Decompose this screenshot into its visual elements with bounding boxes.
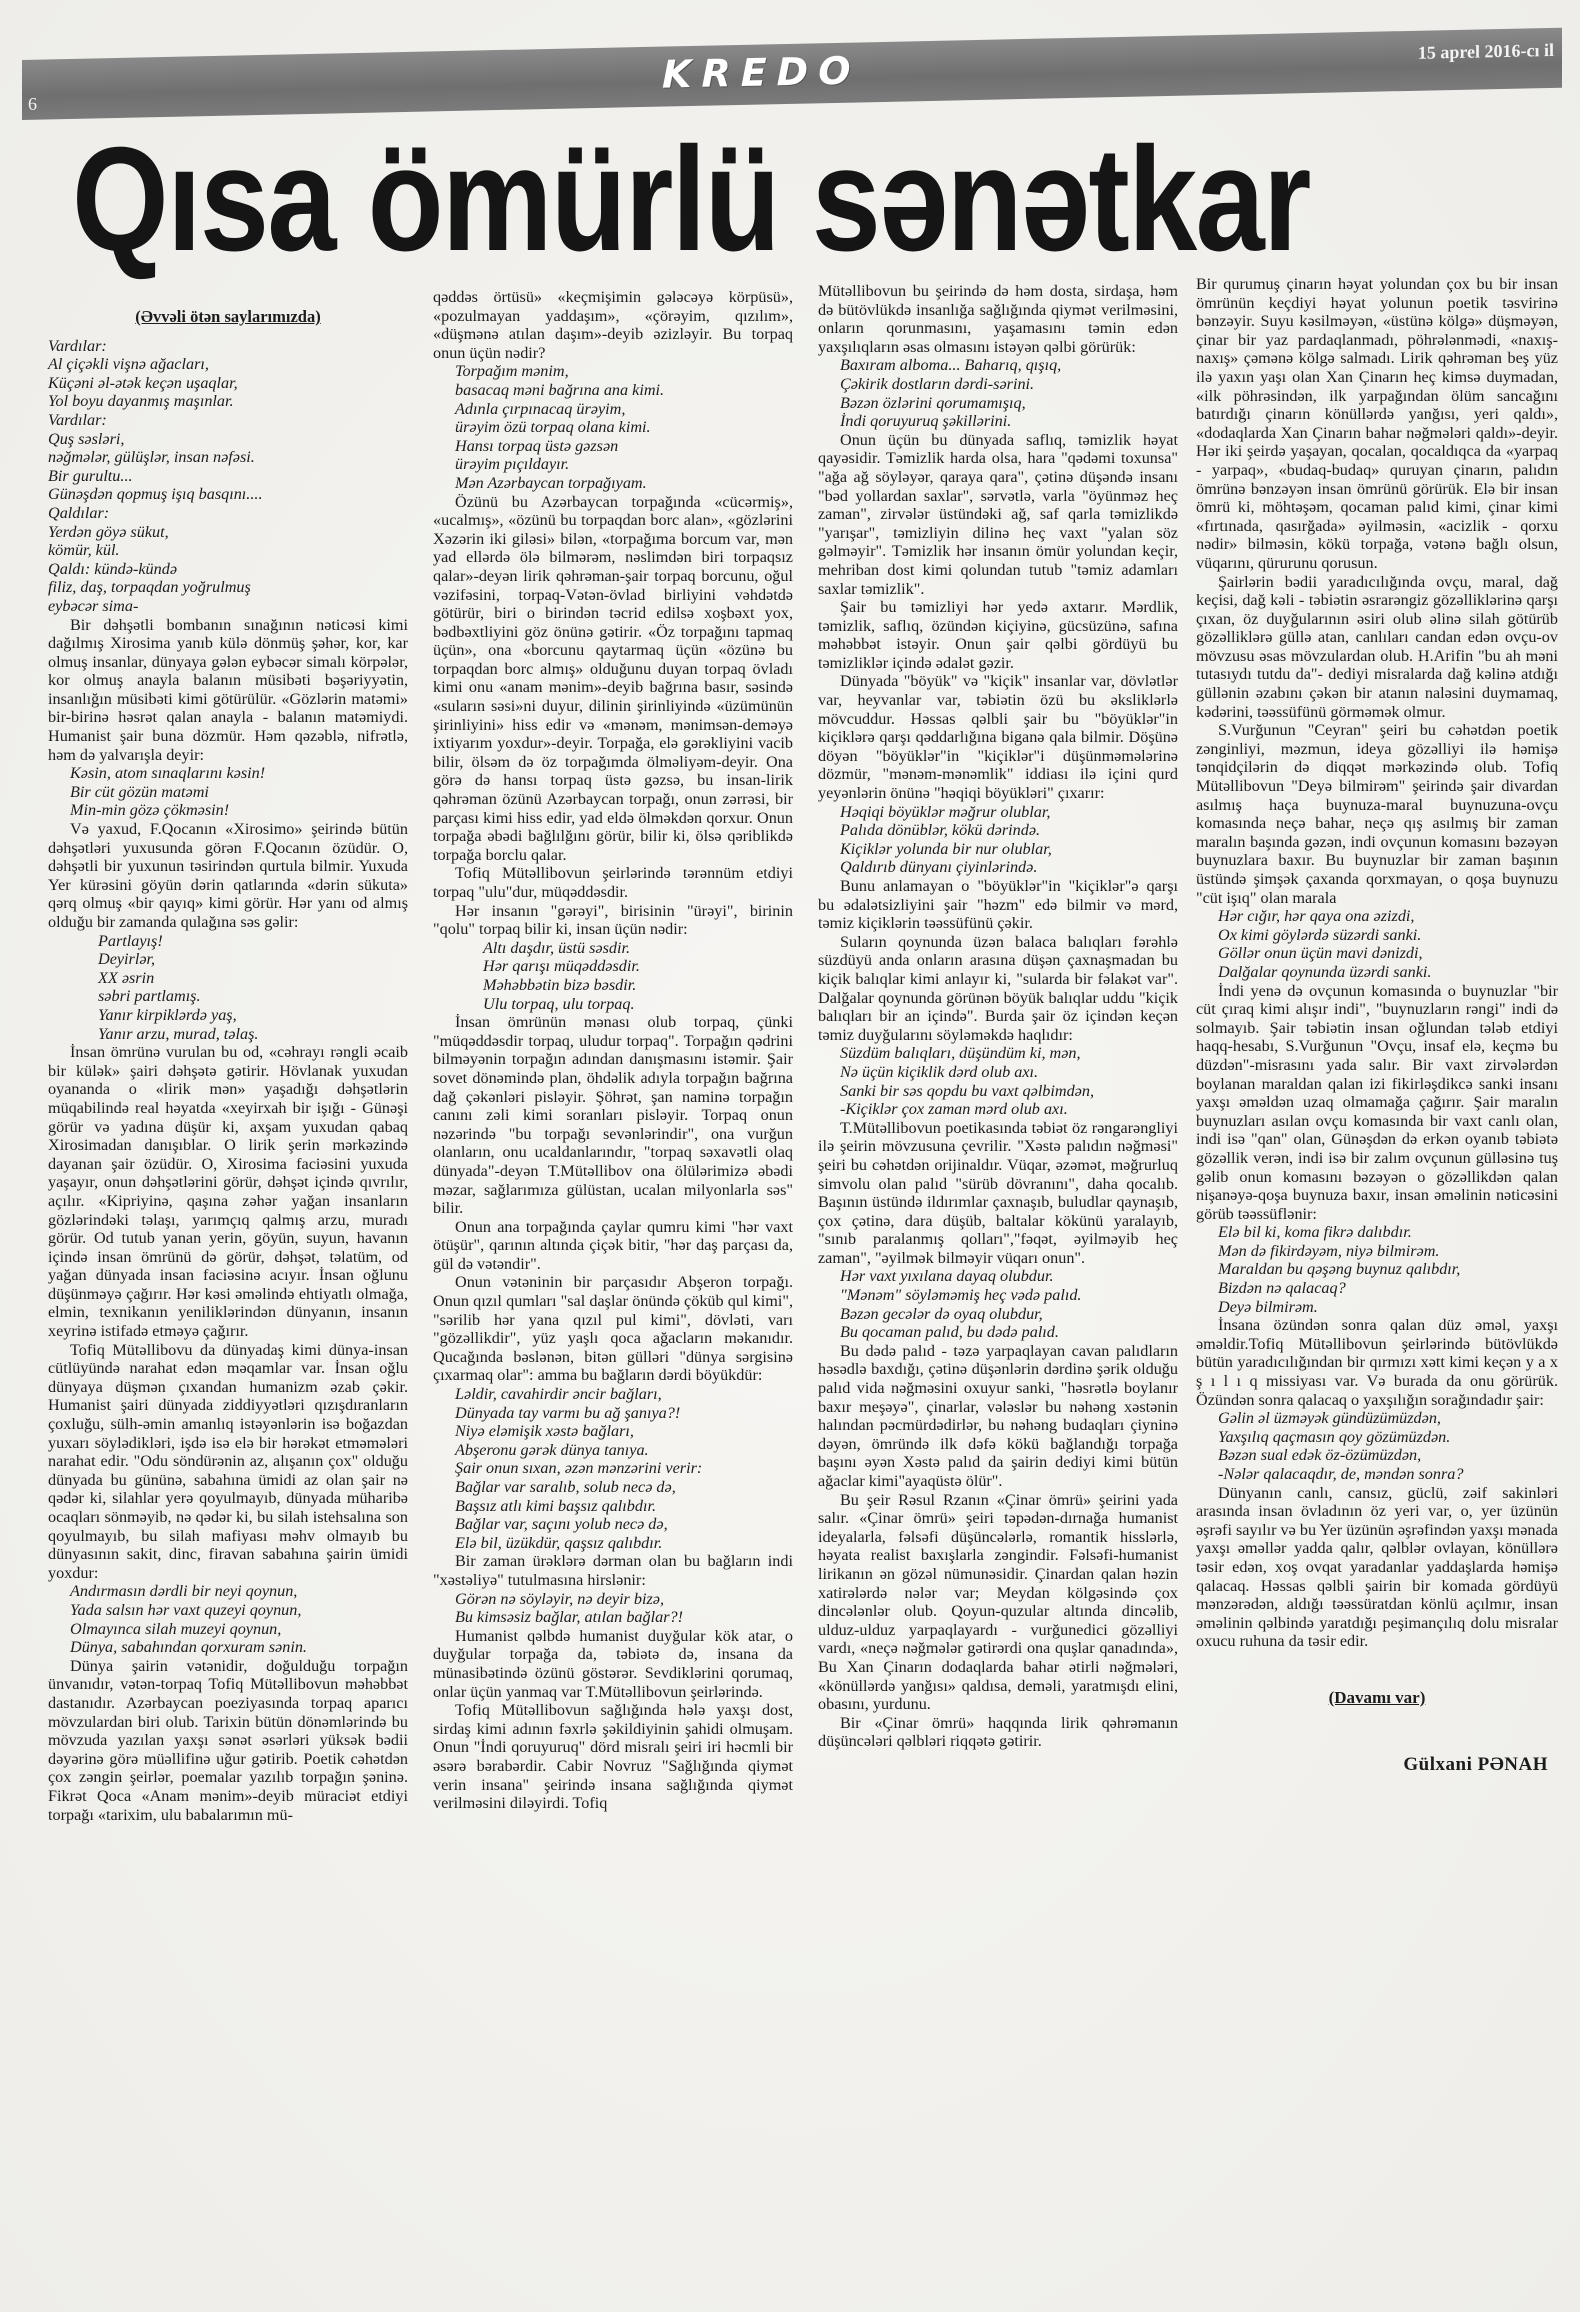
poem-line: Hər cığır, hər qaya ona əzizdi, bbox=[1196, 907, 1558, 926]
article-column-2: qəddəs örtüsü» «keçmişimin gələcəyə körp… bbox=[433, 288, 793, 1813]
poem-excerpt: Torpağım mənim,basacaq məni bağrına ana … bbox=[433, 362, 793, 492]
article-paragraph: T.Mütəllibovun poetikasında təbiət öz rə… bbox=[818, 1119, 1178, 1268]
poem-line: Məhəbbətin bizə bəsdir. bbox=[433, 976, 793, 995]
poem-line: Torpağım mənim, bbox=[433, 362, 793, 381]
article-paragraph: Bu şeir Rəsul Rzanın «Çinar ömrü» şeirin… bbox=[818, 1491, 1178, 1714]
poem-line: Nə üçün kiçiklik dərd olub axı. bbox=[818, 1063, 1178, 1082]
poem-line: Ləldir, cavahirdir əncir bağları, bbox=[433, 1385, 793, 1404]
poem-line: ürəyim özü torpaq olana kimi. bbox=[433, 418, 793, 437]
poem-excerpt: Elə bil ki, koma fikrə dalıbdır.Mən də f… bbox=[1196, 1223, 1558, 1316]
poem-excerpt: Gəlin əl üzməyək gündüzümüzdən,Yaxşılıq … bbox=[1196, 1409, 1558, 1483]
poem-line: Hər vaxt yıxılana dayaq olubdur. bbox=[818, 1267, 1178, 1286]
article-paragraph: Bir qurumuş çinarın həyat yolundan çox b… bbox=[1196, 275, 1558, 573]
poem-line: Kiçiklər yolunda bir nur olublar, bbox=[818, 840, 1178, 859]
poem-line: Al çiçəkli vişnə ağacları, bbox=[48, 355, 408, 374]
poem-line: Dünyada tay varmı bu ağ şanıya?! bbox=[433, 1404, 793, 1423]
poem-line: Elə bil ki, koma fikrə dalıbdır. bbox=[1196, 1223, 1558, 1242]
poem-line: Altı daşdır, üstü səsdir. bbox=[433, 939, 793, 958]
poem-line: Partlayış! bbox=[48, 932, 408, 951]
poem-line: Dünya, sabahından qorxuram sənin. bbox=[48, 1638, 408, 1657]
poem-line: Baxıram alboma... Baharıq, qışıq, bbox=[818, 356, 1178, 375]
article-paragraph: Özünü bu Azərbaycan torpağında «cücərmiş… bbox=[433, 493, 793, 865]
poem-line: basacaq məni bağrına ana kimi. bbox=[433, 381, 793, 400]
poem-excerpt: Andırmasın dərdli bir neyi qoynun,Yada s… bbox=[48, 1582, 408, 1656]
poem-excerpt: Görən nə söyləyir, nə deyir bizə,Bu kims… bbox=[433, 1590, 793, 1627]
article-column-3: Mütəllibovun bu şeirində də həm dosta, s… bbox=[818, 282, 1178, 1751]
article-paragraph: Və yaxud, F.Qocanın «Xirosimo» şeirində … bbox=[48, 820, 408, 932]
poem-line: Ulu torpaq, ulu torpaq. bbox=[433, 995, 793, 1014]
poem-line: Deyə bilmirəm. bbox=[1196, 1298, 1558, 1317]
article-paragraph: Bir zaman ürəklərə dərman olan bu bağlar… bbox=[433, 1552, 793, 1589]
poem-line: Qaldılar: bbox=[48, 504, 408, 523]
article-paragraph: Bu dədə palıd - təzə yarpaqlayan cavan p… bbox=[818, 1342, 1178, 1491]
issue-date: 15 aprel 2016-cı il bbox=[1418, 40, 1554, 64]
poem-line: XX əsrin bbox=[48, 969, 408, 988]
poem-excerpt: Vardılar:Al çiçəkli vişnə ağacları,Küçən… bbox=[48, 337, 408, 616]
poem-line: Adınla çırpınacaq ürəyim, bbox=[433, 400, 793, 419]
poem-line: filiz, daş, torpaqdan yoğrulmuş bbox=[48, 578, 408, 597]
article-paragraph: İnsan ömrünə vurulan bu od, «cəhrayı rən… bbox=[48, 1043, 408, 1341]
poem-line: Min-min gözə çökməsin! bbox=[48, 801, 408, 820]
newspaper-page: 6 KREDO 15 aprel 2016-cı il Qısa ömürlü … bbox=[0, 0, 1580, 2312]
continued-from-note: (Əvvəli ötən saylarımızda) bbox=[48, 308, 408, 327]
poem-excerpt: Süzdüm balıqları, düşündüm ki, mən,Nə üç… bbox=[818, 1044, 1178, 1118]
poem-line: Abşeronu gərək dünya tanıya. bbox=[433, 1441, 793, 1460]
poem-line: Sanki bir səs qopdu bu vaxt qəlbimdən, bbox=[818, 1082, 1178, 1101]
page-number: 6 bbox=[28, 94, 37, 115]
author-byline: Gülxani PƏNAH bbox=[1196, 1756, 1548, 1775]
poem-line: eybəcər sima- bbox=[48, 597, 408, 616]
article-paragraph: Şair bu təmizliyi hər yedə axtarır. Mərd… bbox=[818, 598, 1178, 672]
poem-line: Ox kimi göylərdə süzərdi sanki. bbox=[1196, 926, 1558, 945]
article-paragraph: Mütəllibovun bu şeirində də həm dosta, s… bbox=[818, 282, 1178, 356]
article-column-4: Bir qurumuş çinarın həyat yolundan çox b… bbox=[1196, 275, 1558, 1774]
poem-excerpt: Kəsin, atom sınaqlarını kəsin!Bir cüt gö… bbox=[48, 764, 408, 820]
poem-line: Yol boyu dayanmış maşınlar. bbox=[48, 392, 408, 411]
poem-line: Mən də fikirdəyəm, niyə bilmirəm. bbox=[1196, 1242, 1558, 1261]
poem-line: -Kiçiklər çox zaman mərd olub axı. bbox=[818, 1100, 1178, 1119]
article-paragraph: Humanist qəlbdə humanist duyğular kök at… bbox=[433, 1627, 793, 1701]
article-paragraph: İnsana özündən sonra qalan düz əməl, yax… bbox=[1196, 1316, 1558, 1409]
poem-line: Hər qarışı müqəddəsdir. bbox=[433, 957, 793, 976]
poem-line: "Mənəm" söyləməmiş heç vədə palıd. bbox=[818, 1286, 1178, 1305]
poem-line: Süzdüm balıqları, düşündüm ki, mən, bbox=[818, 1044, 1178, 1063]
article-paragraph: Onun üçün bu dünyada saflıq, təmizlik hə… bbox=[818, 431, 1178, 598]
poem-line: Qaldı: kündə-kündə bbox=[48, 560, 408, 579]
poem-line: Kəsin, atom sınaqlarını kəsin! bbox=[48, 764, 408, 783]
poem-line: Bəzən gecələr də oyaq olubdur, bbox=[818, 1305, 1178, 1324]
article-paragraph: Hər insanın "gərəyi", birisinin "ürəyi",… bbox=[433, 902, 793, 939]
poem-line: nəğmələr, gülüşlər, insan nəfəsi. bbox=[48, 448, 408, 467]
poem-line: kömür, kül. bbox=[48, 541, 408, 560]
article-paragraph: Dünya şairin vətənidir, doğulduğu torpağ… bbox=[48, 1657, 408, 1824]
article-paragraph: Onun ana torpağında çaylar qumru kimi "h… bbox=[433, 1218, 793, 1274]
article-column-1: (Əvvəli ötən saylarımızda) Vardılar:Al ç… bbox=[48, 300, 408, 1824]
article-paragraph: S.Vurğunun "Ceyran" şeiri bu cəhətdən po… bbox=[1196, 721, 1558, 907]
poem-line: Dalğalar qoynunda üzərdi sanki. bbox=[1196, 963, 1558, 982]
article-paragraph: Tofiq Mütəllibovun sağlığında hələ yaxşı… bbox=[433, 1701, 793, 1813]
article-headline: Qısa ömürlü sənətkar bbox=[72, 125, 1282, 275]
poem-line: Şair onun sıxan, əzən mənzərini verir: bbox=[433, 1459, 793, 1478]
article-paragraph: Bir «Çinar ömrü» haqqında lirik qəhrəman… bbox=[818, 1714, 1178, 1751]
publication-logo: KREDO bbox=[662, 48, 861, 96]
poem-line: Yaxşılıq qaçmasın qoy gözümüzdən. bbox=[1196, 1428, 1558, 1447]
poem-line: -Nələr qalacaqdır, de, məndən sonra? bbox=[1196, 1465, 1558, 1484]
poem-excerpt: Altı daşdır, üstü səsdir.Hər qarışı müqə… bbox=[433, 939, 793, 1013]
poem-line: Vardılar: bbox=[48, 337, 408, 356]
poem-line: Bir cüt gözün matəmi bbox=[48, 783, 408, 802]
poem-line: Palıda dönüblər, kökü dərində. bbox=[818, 821, 1178, 840]
article-paragraph: Bunu anlamayan o "böyüklər"in "kiçiklər"… bbox=[818, 877, 1178, 933]
poem-excerpt: Hər vaxt yıxılana dayaq olubdur."Mənəm" … bbox=[818, 1267, 1178, 1341]
poem-excerpt: Ləldir, cavahirdir əncir bağları,Dünyada… bbox=[433, 1385, 793, 1552]
poem-line: Mən Azərbaycan torpağıyam. bbox=[433, 474, 793, 493]
poem-line: Yada salsın hər vaxt quzeyi qoynun, bbox=[48, 1601, 408, 1620]
poem-excerpt: Həqiqi böyüklər məğrur olublar,Palıda dö… bbox=[818, 803, 1178, 877]
poem-line: Deyirlər, bbox=[48, 950, 408, 969]
poem-line: Küçəni əl-ətək keçən uşaqlar, bbox=[48, 374, 408, 393]
article-paragraph: İndi yenə də ovçunun komasında o buynuzl… bbox=[1196, 982, 1558, 1224]
poem-excerpt: Baxıram alboma... Baharıq, qışıq,Çəkirik… bbox=[818, 356, 1178, 430]
poem-line: Başsız atlı kimi başsız qalıbdır. bbox=[433, 1497, 793, 1516]
article-paragraph: Dünyada "böyük" və "kiçik" insanlar var,… bbox=[818, 672, 1178, 802]
poem-line: Yanır arzu, murad, təlaş. bbox=[48, 1025, 408, 1044]
poem-line: Bu qocaman palıd, bu dədə palıd. bbox=[818, 1323, 1178, 1342]
article-paragraph: Onun vətəninin bir parçasıdır Abşeron to… bbox=[433, 1273, 793, 1385]
poem-line: Bəzən özlərini qorumamışıq, bbox=[818, 394, 1178, 413]
article-paragraph: Suların qoynunda üzən balaca balıqları f… bbox=[818, 933, 1178, 1045]
poem-excerpt: Hər cığır, hər qaya ona əzizdi,Ox kimi g… bbox=[1196, 907, 1558, 981]
poem-line: ürəyim pıçıldayır. bbox=[433, 455, 793, 474]
poem-line: Qaldırıb dünyanı çiyinlərində. bbox=[818, 858, 1178, 877]
poem-line: Elə bil, üzükdür, qaşsız qalıbdır. bbox=[433, 1534, 793, 1553]
poem-excerpt: Partlayış!Deyirlər,XX əsrinsəbri partlam… bbox=[48, 932, 408, 1044]
poem-line: Hansı torpaq üstə gəzsən bbox=[433, 437, 793, 456]
poem-line: Bir gurultu... bbox=[48, 467, 408, 486]
poem-line: Günəşdən qopmuş işıq basqını.... bbox=[48, 485, 408, 504]
poem-line: Quş səsləri, bbox=[48, 430, 408, 449]
poem-line: Maraldan bu qəşəng buynuz qalıbdır, bbox=[1196, 1260, 1558, 1279]
poem-line: Bağlar var saralıb, solub necə də, bbox=[433, 1478, 793, 1497]
poem-line: Bəzən sual edək öz-özümüzdən, bbox=[1196, 1446, 1558, 1465]
article-paragraph: İnsan ömrünün mənası olub torpaq, çünki … bbox=[433, 1013, 793, 1218]
poem-line: Olmayınca silah muzeyi qoynun, bbox=[48, 1620, 408, 1639]
poem-line: İndi qoruyuruq şəkillərini. bbox=[818, 412, 1178, 431]
poem-line: Niyə eləmişik xəstə bağları, bbox=[433, 1422, 793, 1441]
poem-line: Çəkirik dostların dərdi-sərini. bbox=[818, 375, 1178, 394]
to-be-continued-note: (Davamı var) bbox=[1196, 1689, 1558, 1708]
poem-line: Görən nə söyləyir, nə deyir bizə, bbox=[433, 1590, 793, 1609]
poem-line: Bağlar var, saçını yolub necə də, bbox=[433, 1515, 793, 1534]
poem-line: Yerdən göyə sükut, bbox=[48, 523, 408, 542]
poem-line: Bizdən nə qalacaq? bbox=[1196, 1279, 1558, 1298]
article-paragraph: Tofiq Mütəllibovun şeirlərində tərənnüm … bbox=[433, 864, 793, 901]
masthead-band: 6 KREDO 15 aprel 2016-cı il bbox=[22, 28, 1562, 120]
poem-line: Bu kimsəsiz bağlar, atılan bağlar?! bbox=[433, 1608, 793, 1627]
poem-line: səbri partlamış. bbox=[48, 987, 408, 1006]
article-paragraph: Şairlərin bədii yaradıcılığında ovçu, ma… bbox=[1196, 573, 1558, 722]
article-paragraph: qəddəs örtüsü» «keçmişimin gələcəyə körp… bbox=[433, 288, 793, 362]
poem-line: Göllər onun üçün mavi dənizdi, bbox=[1196, 944, 1558, 963]
article-paragraph: Bir dəhşətli bombanın sınağının nəticəsi… bbox=[48, 616, 408, 765]
poem-line: Vardılar: bbox=[48, 411, 408, 430]
poem-line: Həqiqi böyüklər məğrur olublar, bbox=[818, 803, 1178, 822]
article-paragraph: Dünyanın canlı, cansız, güclü, zəif saki… bbox=[1196, 1484, 1558, 1651]
poem-line: Gəlin əl üzməyək gündüzümüzdən, bbox=[1196, 1409, 1558, 1428]
poem-line: Yanır kirpiklərdə yaş, bbox=[48, 1006, 408, 1025]
article-paragraph: Tofiq Mütəllibovu da dünyadaş kimi dünya… bbox=[48, 1341, 408, 1583]
poem-line: Andırmasın dərdli bir neyi qoynun, bbox=[48, 1582, 408, 1601]
